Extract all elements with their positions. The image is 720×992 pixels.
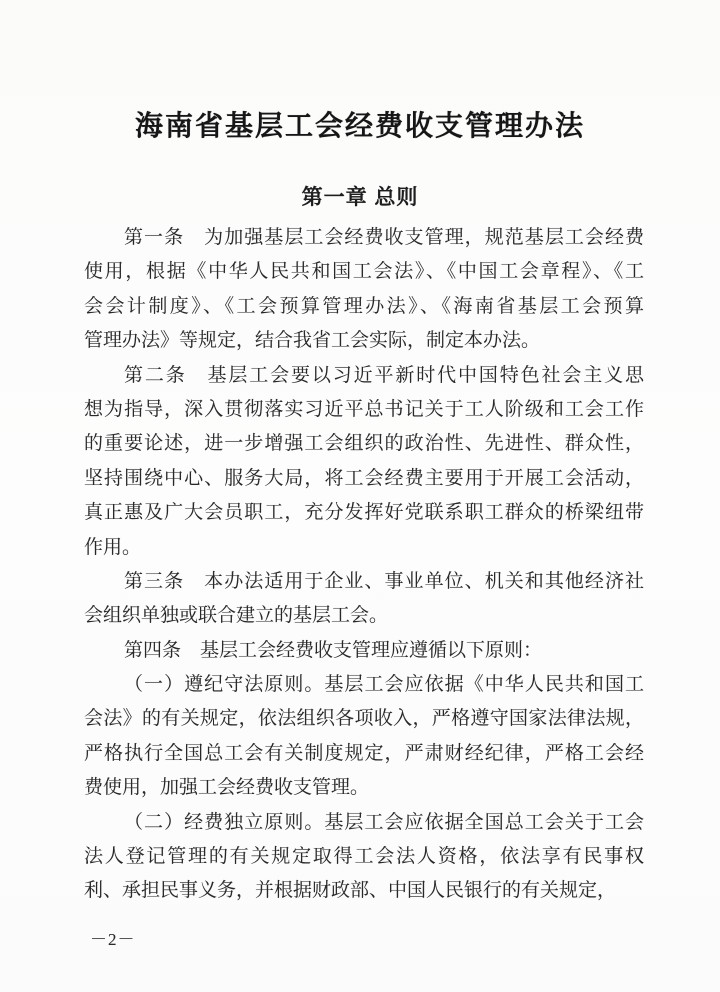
paragraph: （二）经费独立原则。基层工会应依据全国总工会关于工会法人登记管理的有关规定取得工… <box>84 806 644 909</box>
text-line: 会会计制度》、《工会预算管理办法》、《海南省基层工会预算 <box>84 290 644 324</box>
text-line: 利、承担民事义务，并根据财政部、中国人民银行的有关规定， <box>84 874 644 908</box>
text-line: 坚持围绕中心、服务大局，将工会经费主要用于开展工会活动， <box>84 462 644 496</box>
document-body: 第一条 为加强基层工会经费收支管理，规范基层工会经费使用，根据《中华人民共和国工… <box>84 221 644 909</box>
text-line: 的重要论述，进一步增强工会组织的政治性、先进性、群众性， <box>84 427 644 461</box>
text-line: 真正惠及广大会员职工，充分发挥好党联系职工群众的桥梁纽带 <box>84 496 644 530</box>
text-line: 会组织单独或联合建立的基层工会。 <box>84 599 644 633</box>
text-line: 费使用，加强工会经费收支管理。 <box>84 771 644 805</box>
paragraph: 第三条 本办法适用于企业、事业单位、机关和其他经济社会组织单独或联合建立的基层工… <box>84 565 644 634</box>
paragraph: 第四条 基层工会经费收支管理应遵循以下原则： <box>84 634 644 668</box>
text-line: （二）经费独立原则。基层工会应依据全国总工会关于工会 <box>84 806 644 840</box>
page-number: －2－ <box>90 925 136 950</box>
text-line: 第四条 基层工会经费收支管理应遵循以下原则： <box>84 634 644 668</box>
chapter-heading: 第一章 总则 <box>0 181 720 211</box>
text-line: （一）遵纪守法原则。基层工会应依据《中华人民共和国工 <box>84 668 644 702</box>
paragraph: （一）遵纪守法原则。基层工会应依据《中华人民共和国工会法》的有关规定，依法组织各… <box>84 668 644 806</box>
paragraph: 第二条 基层工会要以习近平新时代中国特色社会主义思想为指导，深入贯彻落实习近平总… <box>84 359 644 565</box>
text-line: 想为指导，深入贯彻落实习近平总书记关于工人阶级和工会工作 <box>84 393 644 427</box>
text-line: 第二条 基层工会要以习近平新时代中国特色社会主义思 <box>84 359 644 393</box>
scanned-document-page: 海南省基层工会经费收支管理办法 第一章 总则 第一条 为加强基层工会经费收支管理… <box>0 0 720 992</box>
text-line: 严格执行全国总工会有关制度规定，严肃财经纪律，严格工会经 <box>84 737 644 771</box>
text-line: 会法》的有关规定，依法组织各项收入，严格遵守国家法律法规， <box>84 702 644 736</box>
text-line: 作用。 <box>84 531 644 565</box>
paragraph: 第一条 为加强基层工会经费收支管理，规范基层工会经费使用，根据《中华人民共和国工… <box>84 221 644 359</box>
text-line: 第一条 为加强基层工会经费收支管理，规范基层工会经费 <box>84 221 644 255</box>
text-line: 第三条 本办法适用于企业、事业单位、机关和其他经济社 <box>84 565 644 599</box>
text-line: 法人登记管理的有关规定取得工会法人资格，依法享有民事权 <box>84 840 644 874</box>
document-title: 海南省基层工会经费收支管理办法 <box>0 104 720 144</box>
text-line: 管理办法》等规定，结合我省工会实际，制定本办法。 <box>84 324 644 358</box>
text-line: 使用，根据《中华人民共和国工会法》、《中国工会章程》、《工 <box>84 255 644 289</box>
